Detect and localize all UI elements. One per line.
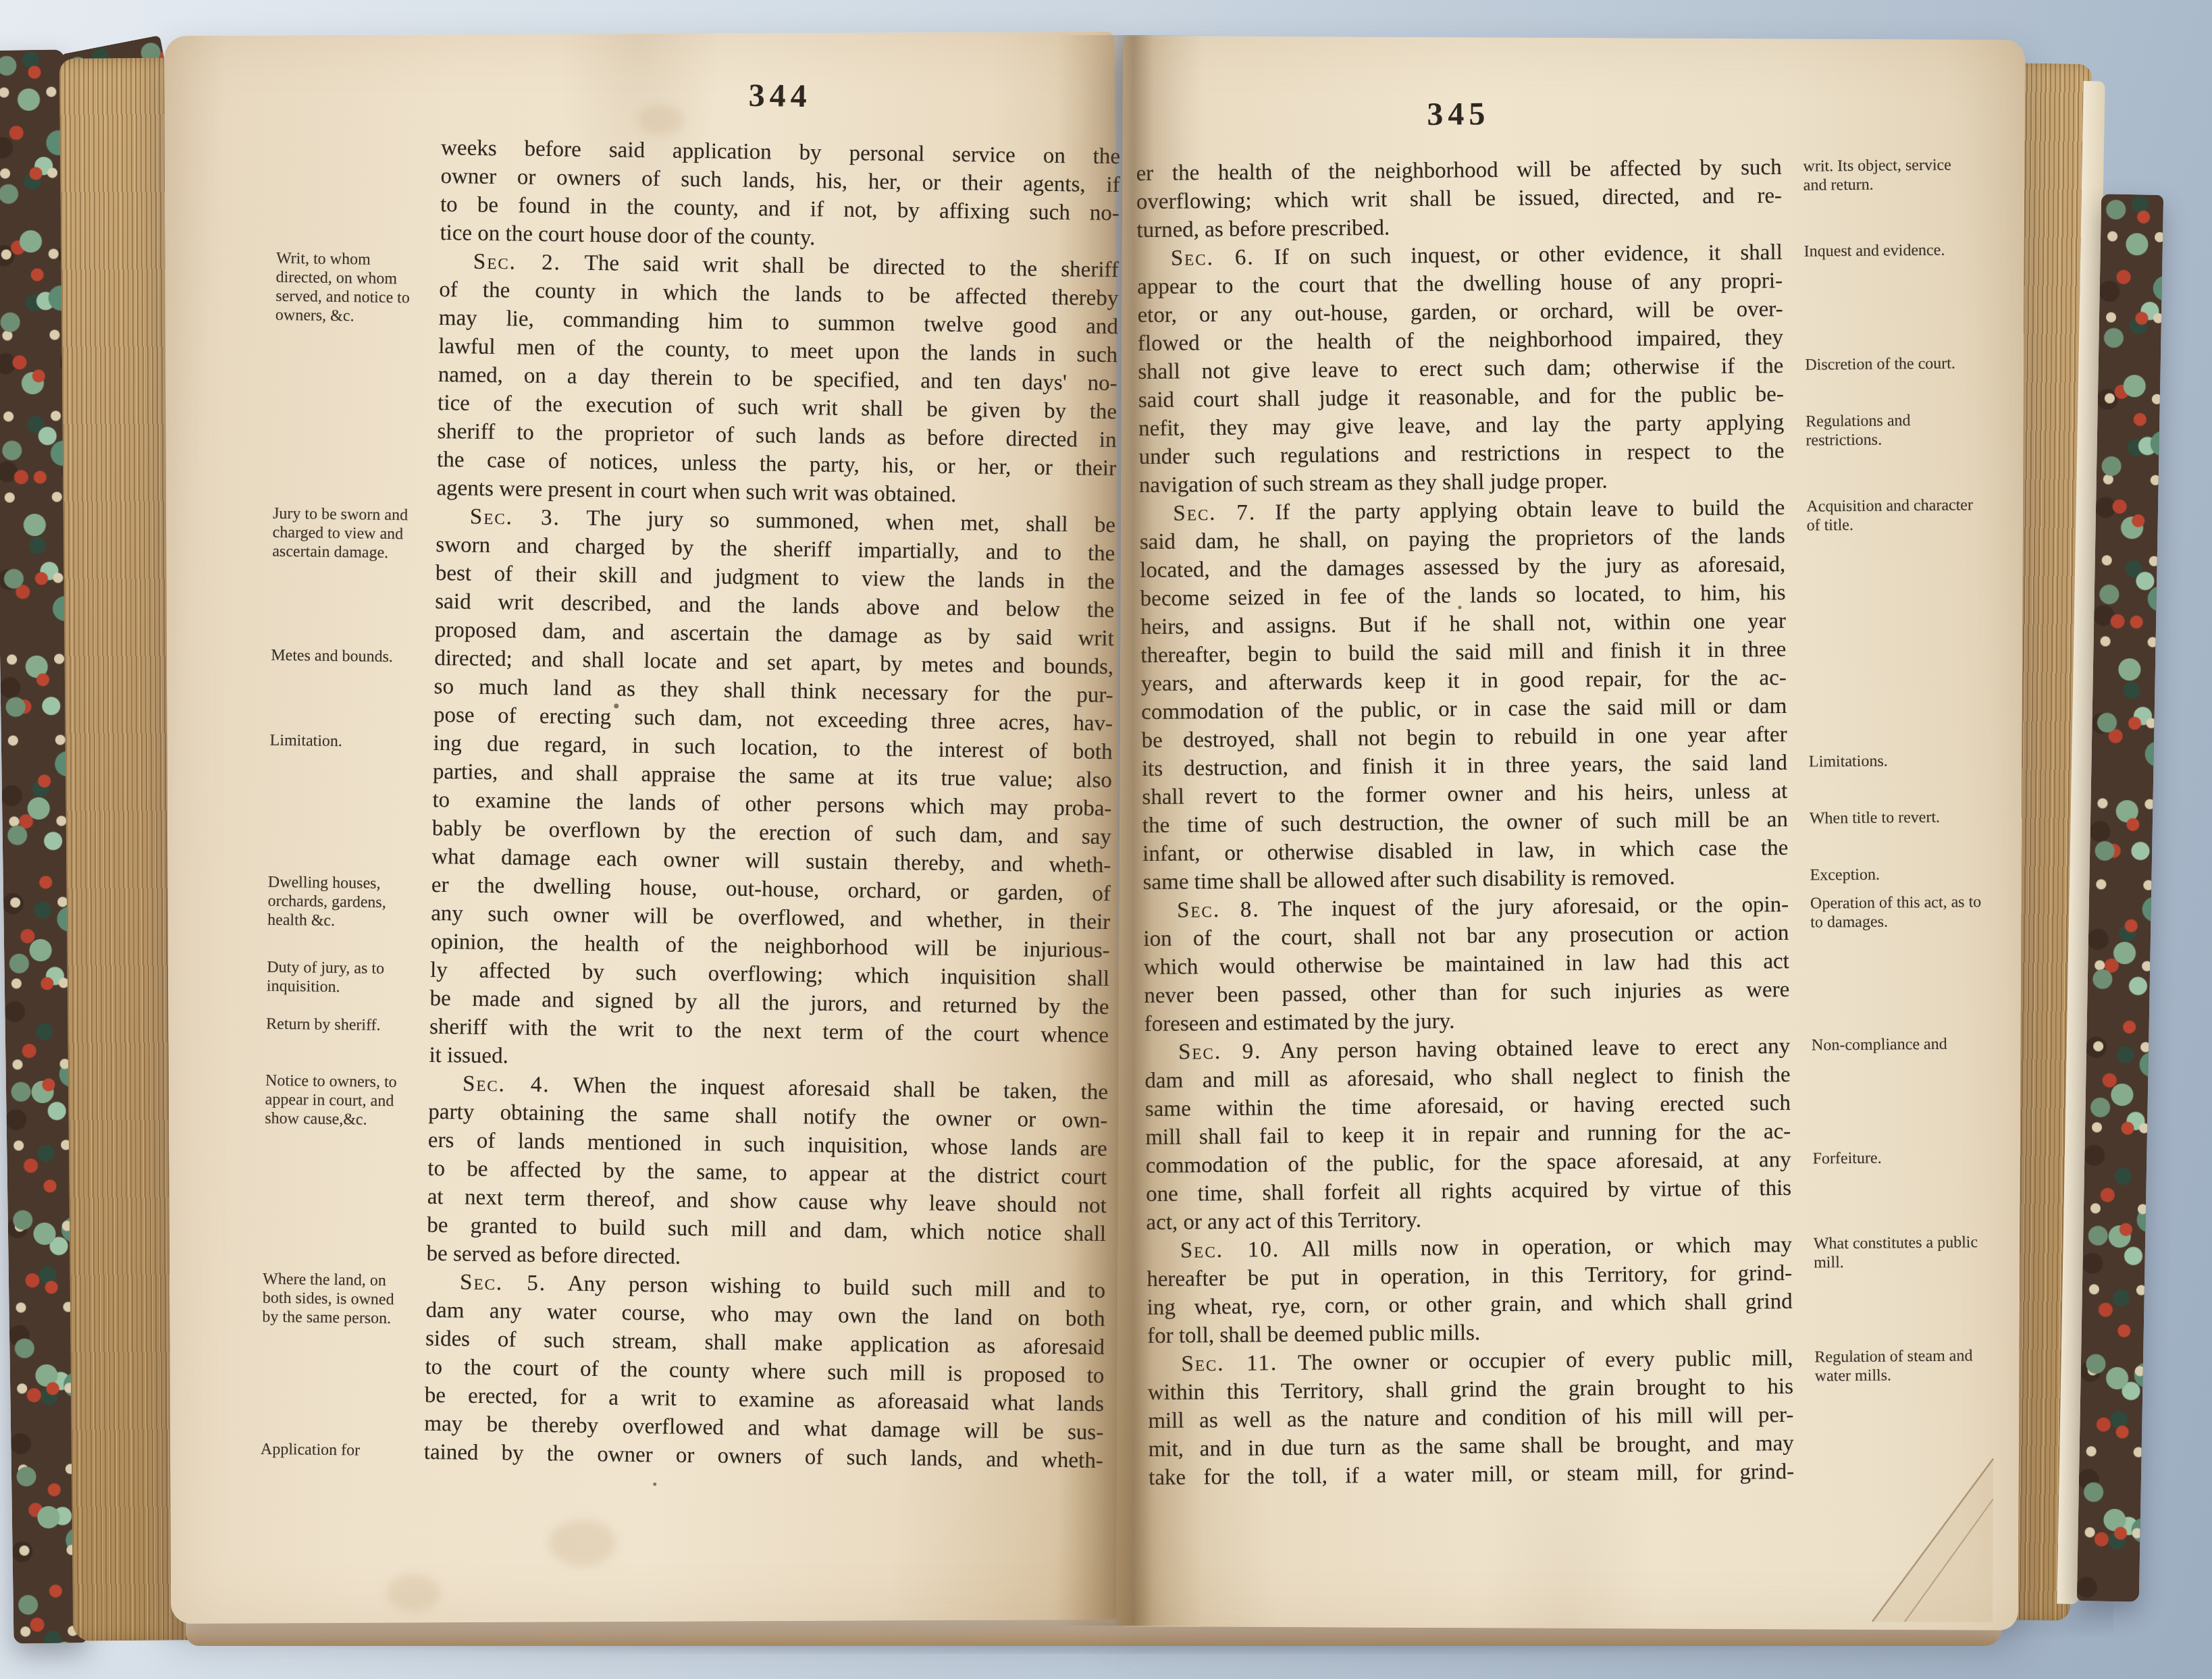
- section-label: Sec. 3.: [470, 505, 560, 531]
- margin-note: When title to revert.: [1810, 807, 1982, 828]
- page-number: 344: [440, 73, 1120, 119]
- margin-note: What constitutes a public mill.: [1814, 1233, 1987, 1272]
- margin-note: writ. Its object, service and return.: [1803, 155, 1976, 194]
- margin-note: Discretion of the court.: [1805, 354, 1978, 374]
- section-label: Sec. 4.: [463, 1072, 550, 1098]
- margin-note: Return by sheriff.: [266, 1015, 417, 1036]
- margin-notes-column: writ. Its object, service and return.Inq…: [1803, 151, 1976, 153]
- section-label: Sec. 5.: [460, 1271, 547, 1296]
- ink-spot: [614, 703, 618, 708]
- margin-note: Dwelling houses, orchards, gardens, heal…: [267, 873, 419, 932]
- margin-note: Limitation.: [269, 731, 421, 752]
- margin-note: Notice to owners, to appear in court, an…: [265, 1071, 417, 1130]
- margin-note: Inquest and evidence.: [1804, 240, 1977, 261]
- margin-note: Application for: [261, 1440, 412, 1461]
- margin-note: Regulations and restrictions.: [1806, 410, 1979, 450]
- margin-note: Acquisition and character of title.: [1806, 496, 1980, 535]
- section-label: Sec. 2.: [473, 250, 562, 275]
- page-number: 345: [1136, 92, 1781, 136]
- margin-note: Limitations.: [1809, 751, 1982, 771]
- margin-notes-column: Writ, to whom directed, on whom served, …: [278, 132, 429, 134]
- section-label: Sec. 6.: [1171, 245, 1255, 270]
- body-line: take for the toll, if a water mill, or s…: [1149, 1458, 1794, 1492]
- margin-note: Exception.: [1810, 864, 1982, 884]
- body-text-column: er the health of the neighborhood will b…: [1136, 153, 1794, 1492]
- page-345: 345 writ. Its object, service and return…: [1116, 36, 2025, 1630]
- margin-note: Metes and bounds.: [271, 646, 422, 667]
- page-stain: [637, 105, 684, 136]
- section-label: Sec. 8.: [1177, 897, 1260, 922]
- dog-ear-crease: [1793, 1455, 1996, 1624]
- section-label: Sec. 10.: [1180, 1237, 1280, 1262]
- open-book-photo: 344 Writ, to whom directed, on whom serv…: [0, 0, 2212, 1679]
- section-label: Sec. 9.: [1178, 1039, 1262, 1064]
- margin-note: Non-compliance and: [1812, 1034, 1984, 1055]
- page-stain: [387, 1574, 441, 1611]
- section-label: Sec. 7.: [1173, 500, 1256, 525]
- margin-note: Operation of this act, as to to damages.: [1810, 892, 1984, 932]
- ink-spot: [1458, 606, 1461, 609]
- ink-spot: [653, 1483, 656, 1486]
- margin-note: Jury to be sworn and charged to view and…: [272, 504, 424, 563]
- margin-note: Forfeiture.: [1813, 1148, 1986, 1168]
- page-344: 344 Writ, to whom directed, on whom serv…: [164, 32, 1122, 1624]
- body-text-column: weeks before said application by persona…: [424, 134, 1121, 1475]
- margin-note: Writ, to whom directed, on whom served, …: [275, 249, 427, 327]
- section-label: Sec. 11.: [1181, 1351, 1278, 1376]
- margin-note: Duty of jury, as to inquisition.: [267, 958, 419, 998]
- margin-note: Where the land, on both sides, is owned …: [262, 1270, 414, 1329]
- margin-note: Regulation of steam and water mills.: [1814, 1346, 1988, 1385]
- page-stain: [548, 1519, 616, 1566]
